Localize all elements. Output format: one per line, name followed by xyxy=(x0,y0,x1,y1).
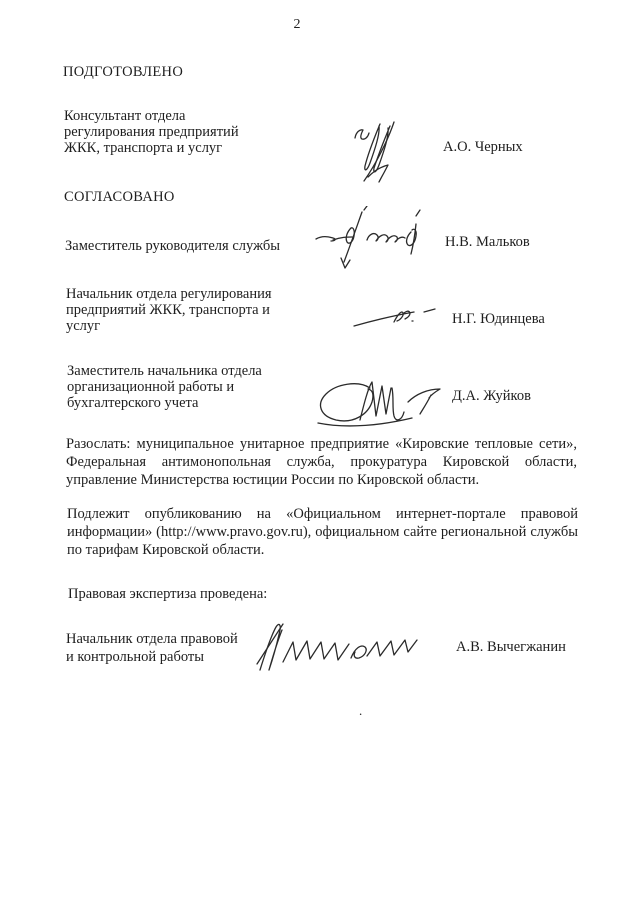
signatory-name-vychegzhanin: А.В. Вычегжанин xyxy=(456,639,566,655)
title-line: Начальник отдела регулирования xyxy=(66,286,272,302)
title-line: и контрольной работы xyxy=(66,649,238,667)
signatory-title-yudintseva: Начальник отдела регулирования предприят… xyxy=(66,286,272,335)
signature-chernykh xyxy=(350,120,412,184)
signatory-name-yudintseva: Н.Г. Юдинцева xyxy=(452,311,545,327)
title-line: предприятий ЖКК, транспорта и xyxy=(66,302,272,318)
title-line: регулирования предприятий xyxy=(64,124,239,140)
legal-review-note: Правовая экспертиза проведена: xyxy=(68,586,267,602)
title-line: ЖКК, транспорта и услуг xyxy=(64,140,239,156)
signatory-name-zhuikov: Д.А. Жуйков xyxy=(452,388,531,404)
title-line: организационной работы и xyxy=(67,379,262,395)
title-line: Консультант отдела xyxy=(64,108,239,124)
title-line: Начальник отдела правовой xyxy=(66,631,238,649)
signatory-name-malkov: Н.В. Мальков xyxy=(445,234,530,250)
distribution-paragraph: Разослать: муниципальное унитарное предп… xyxy=(66,436,577,489)
signatory-name-chernykh: А.О. Черных xyxy=(443,139,523,155)
signature-vychegzhanin xyxy=(255,618,421,678)
signature-malkov xyxy=(313,206,445,270)
signatory-title-vychegzhanin: Начальник отдела правовой и контрольной … xyxy=(66,631,238,666)
agreed-heading: СОГЛАСОВАНО xyxy=(64,189,175,206)
publication-paragraph: Подлежит опубликованию на «Официальном и… xyxy=(67,506,578,559)
title-line: услуг xyxy=(66,318,272,334)
signature-yudintseva xyxy=(352,304,444,328)
stray-dot-mark: . xyxy=(359,703,362,719)
title-line: Заместитель руководителя службы xyxy=(65,238,280,254)
signatory-title-chernykh: Консультант отдела регулирования предпри… xyxy=(64,108,239,157)
prepared-heading: ПОДГОТОВЛЕНО xyxy=(63,64,183,81)
document-page: 2 ПОДГОТОВЛЕНО Консультант отдела регули… xyxy=(0,0,640,905)
page-number: 2 xyxy=(0,17,594,33)
signatory-title-malkov: Заместитель руководителя службы xyxy=(65,238,280,254)
signature-zhuikov xyxy=(298,376,446,428)
signatory-title-zhuikov: Заместитель начальника отдела организаци… xyxy=(67,363,262,412)
title-line: бухгалтерского учета xyxy=(67,395,262,411)
title-line: Заместитель начальника отдела xyxy=(67,363,262,379)
